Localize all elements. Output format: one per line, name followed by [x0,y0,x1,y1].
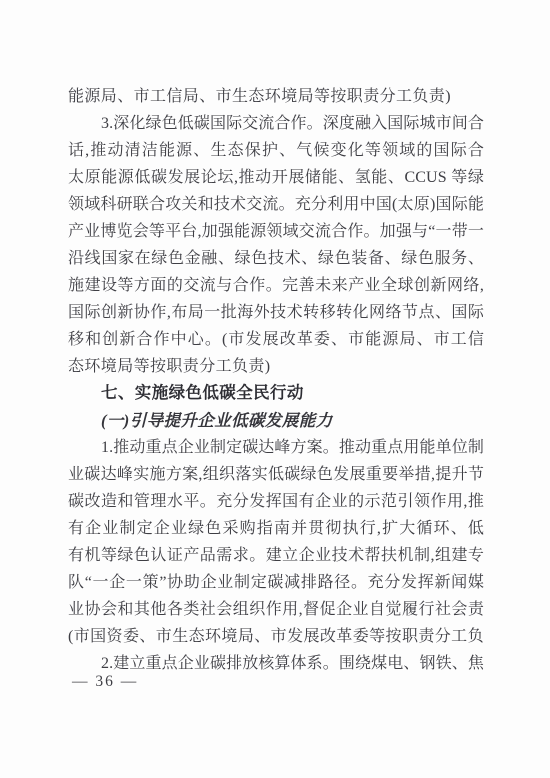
text-line: 1.推动重点企业制定碳达峰方案。推动重点用能单位制定企 [68,434,484,461]
text-line: 态环境局等按职责分工负责) [68,353,484,380]
text-line: 移和创新合作中心。(市发展改革委、市能源局、市工信局、市生 [68,326,484,353]
text-line: 领域科研联合攻关和技术交流。充分利用中国(太原)国际能源 [68,191,484,218]
document-page: 能源局、市工信局、市生态环境局等按职责分工负责)3.深化绿色低碳国际交流合作。深… [0,0,550,778]
text-line: 能源局、市工信局、市生态环境局等按职责分工负责) [68,83,484,110]
text-line: 有机等绿色认证产品需求。建立企业技术帮扶机制,组建专家团 [68,542,484,569]
text-line: 有企业制定企业绿色采购指南并贯彻执行,扩大循环、低碳、再生、 [68,515,484,542]
page-number: — 36 — [72,668,138,695]
text-line: 施建设等方面的交流与合作。完善未来产业全球创新网络,加强 [68,272,484,299]
section-heading: 七、实施绿色低碳全民行动 [68,380,484,407]
text-line: 碳改造和管理水平。充分发挥国有企业的示范引领作用,推动国 [68,488,484,515]
text-line: 队“一企一策”协助企业制定碳减排路径。充分发挥新闻媒体、行 [68,569,484,596]
text-line: 话,推动清洁能源、生态保护、气候变化等领域的国际合作。依托 [68,137,484,164]
text-line: 3.深化绿色低碳国际交流合作。深度融入国际城市间合作对 [68,110,484,137]
text-line: 国际创新协作,布局一批海外技术转移转化网络节点、国际技术转 [68,299,484,326]
subsection-heading: (一)引导提升企业低碳发展能力 [68,407,484,434]
text-line: 沿线国家在绿色金融、绿色技术、绿色装备、绿色服务、绿色基础设 [68,245,484,272]
text-line: 太原能源低碳发展论坛,推动开展储能、氢能、CCUS 等绿色低碳 [68,164,484,191]
document-body: 能源局、市工信局、市生态环境局等按职责分工负责)3.深化绿色低碳国际交流合作。深… [68,83,484,677]
text-line: (市国资委、市生态环境局、市发展改革委等按职责分工负责) [68,623,484,650]
text-line: 产业博览会等平台,加强能源领域交流合作。加强与“一带一路” [68,218,484,245]
text-line: 业协会和其他各类社会组织作用,督促企业自觉履行社会责任。 [68,596,484,623]
text-line: 业碳达峰实施方案,组织落实低碳绿色发展重要举措,提升节能降 [68,461,484,488]
